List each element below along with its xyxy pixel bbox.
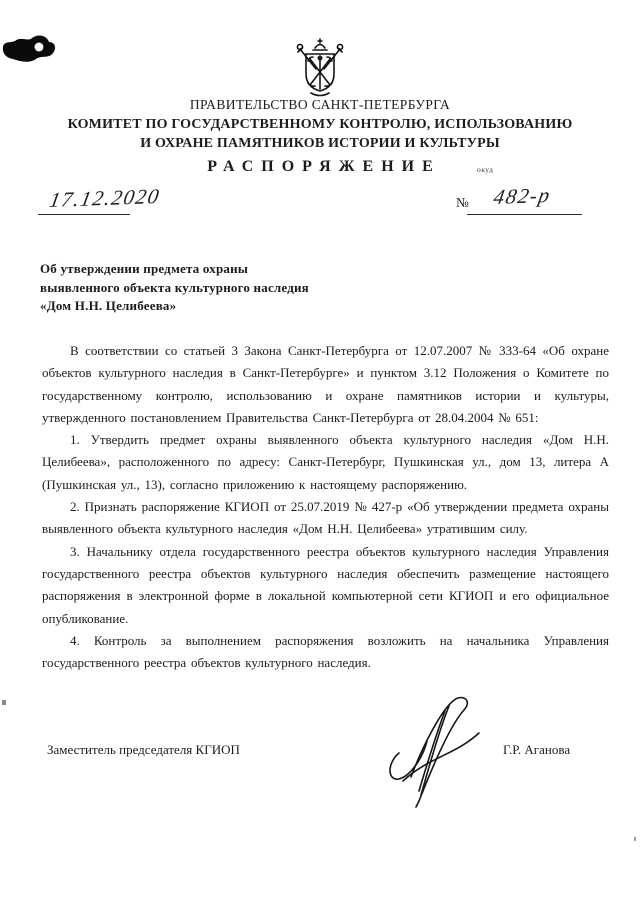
scan-speckle	[634, 837, 636, 841]
signature-icon	[383, 691, 483, 809]
number-sign: №	[456, 195, 469, 211]
number-underline	[467, 214, 582, 215]
scan-smudge-icon	[2, 34, 58, 64]
subject-line-1: Об утверждении предмета охраны	[40, 260, 309, 279]
government-title: ПРАВИТЕЛЬСТВО САНКТ-ПЕТЕРБУРГА	[0, 97, 640, 113]
document-body: В соответствии со статьей 3 Закона Санкт…	[42, 340, 609, 674]
body-paragraph: 3. Начальнику отдела государственного ре…	[42, 541, 609, 630]
number-handwritten: 482-р	[492, 183, 553, 210]
okud-label: окуд	[477, 165, 493, 174]
committee-name-line1: КОМИТЕТ ПО ГОСУДАРСТВЕННОМУ КОНТРОЛЮ, ИС…	[0, 116, 640, 135]
body-paragraph: В соответствии со статьей 3 Закона Санкт…	[42, 340, 609, 429]
subject-line-3: «Дом Н.Н. Целибеева»	[40, 297, 309, 316]
signatory-position: Заместитель председателя КГИОП	[47, 742, 240, 758]
scan-speckle	[2, 700, 6, 705]
document-type-title: РАСПОРЯЖЕНИЕ	[0, 158, 640, 176]
body-paragraph: 4. Контроль за выполнением распоряжения …	[42, 630, 609, 675]
subject-block: Об утверждении предмета охраны выявленно…	[40, 260, 309, 316]
committee-name-line2: И ОХРАНЕ ПАМЯТНИКОВ ИСТОРИИ И КУЛЬТУРЫ	[0, 135, 640, 154]
date-underline	[38, 214, 130, 215]
coat-of-arms-icon	[290, 36, 350, 98]
signatory-name: Г.Р. Аганова	[503, 742, 570, 758]
document-page: ПРАВИТЕЛЬСТВО САНКТ-ПЕТЕРБУРГА КОМИТЕТ П…	[0, 0, 640, 905]
letterhead: ПРАВИТЕЛЬСТВО САНКТ-ПЕТЕРБУРГА КОМИТЕТ П…	[0, 97, 640, 176]
subject-line-2: выявленного объекта культурного наследия	[40, 279, 309, 298]
date-handwritten: 17.12.2020	[47, 184, 162, 213]
body-paragraph: 1. Утвердить предмет охраны выявленного …	[42, 429, 609, 496]
body-paragraph: 2. Признать распоряжение КГИОП от 25.07.…	[42, 496, 609, 541]
